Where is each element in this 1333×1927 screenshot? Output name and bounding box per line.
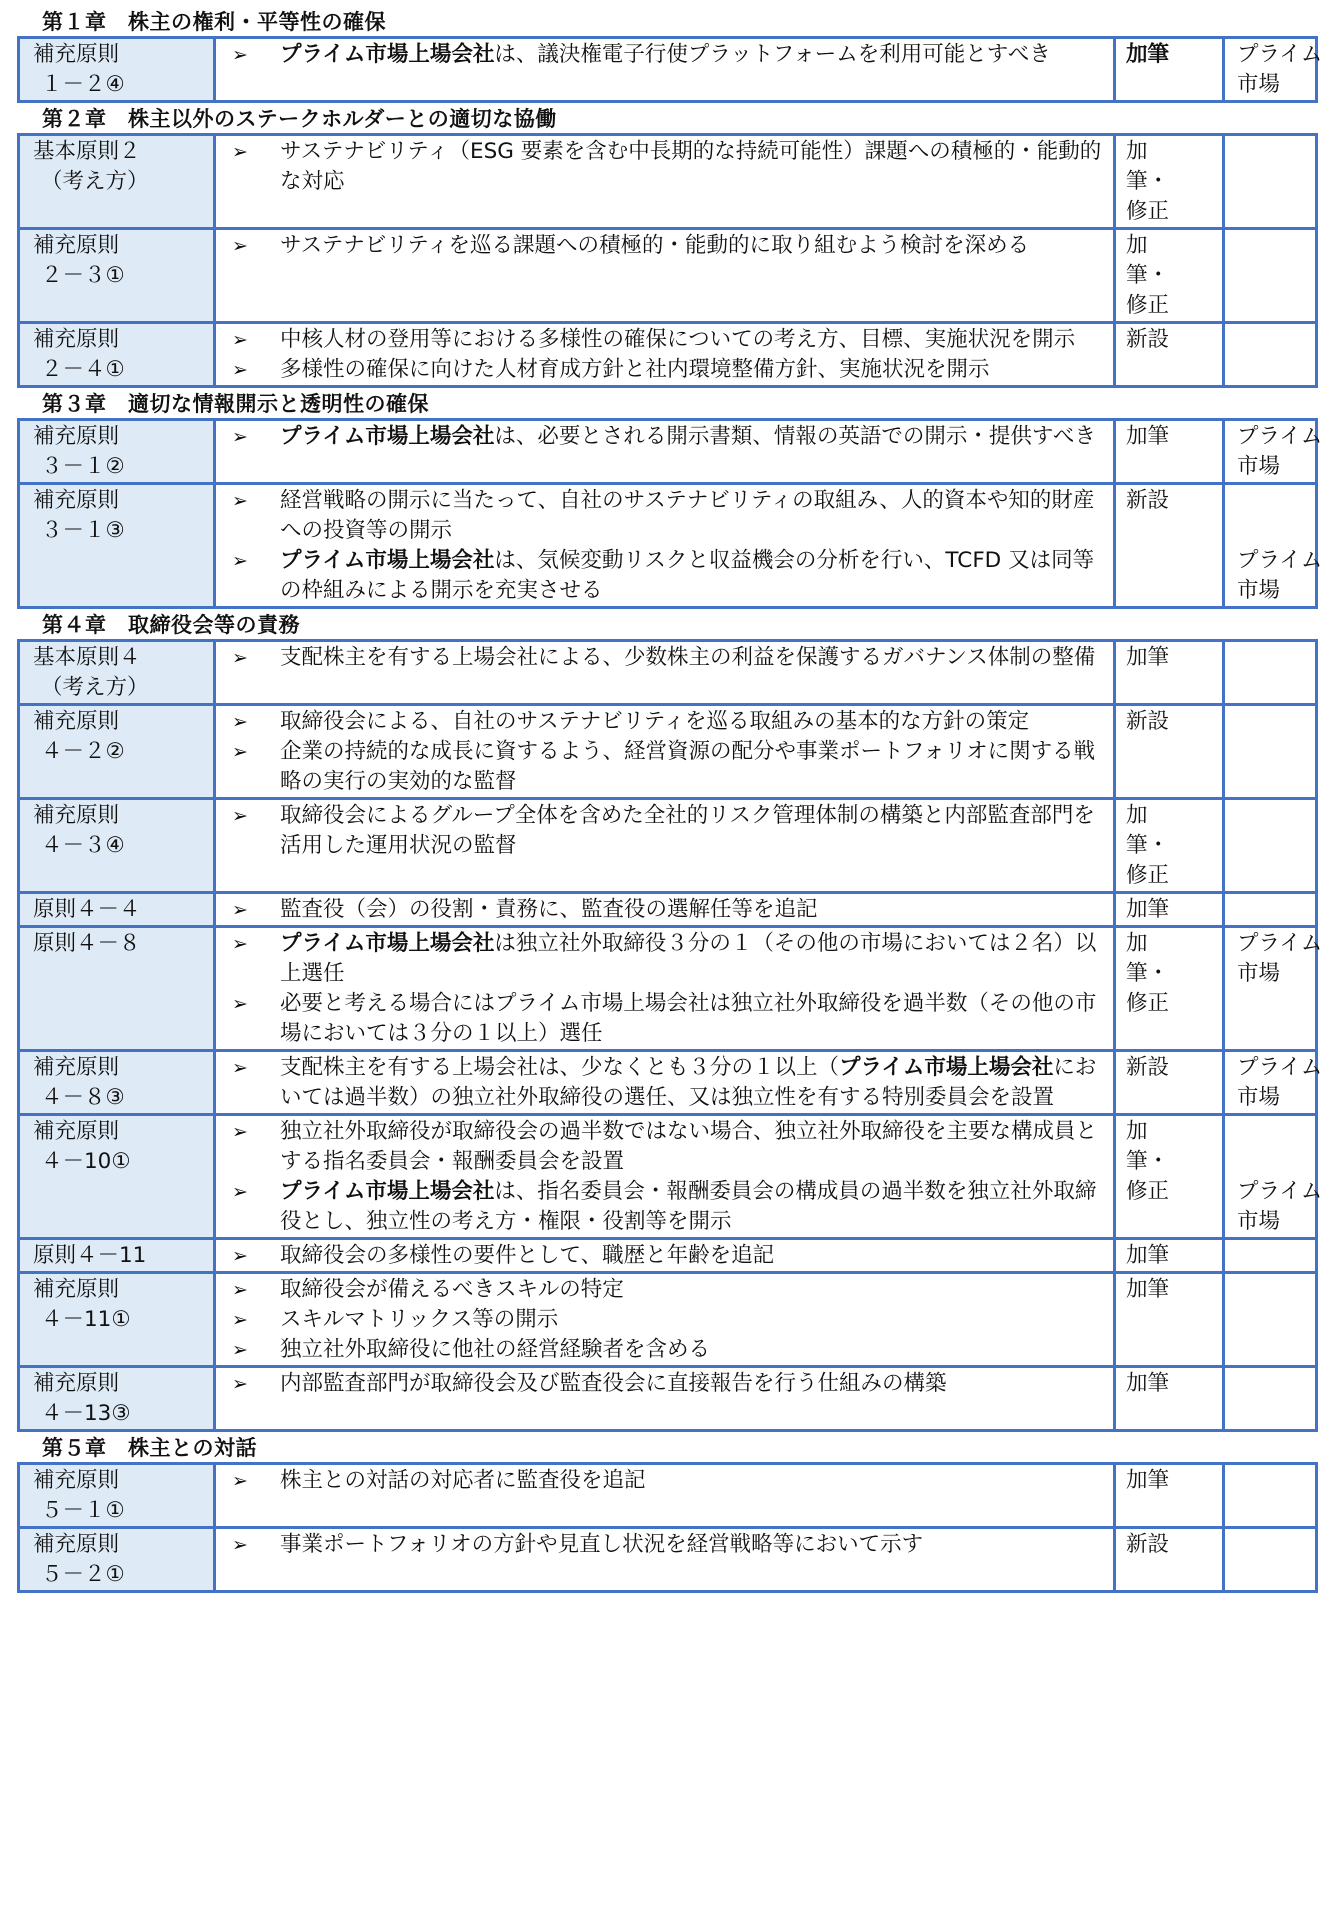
table-row: 補充原則 ２－３① ➢ サステナビリティを巡る課題への積極的・能動的に取り組むよ…: [19, 229, 1317, 323]
bullet-text: は、議決権電子行使プラットフォームを利用可能とすべき: [494, 42, 1050, 67]
table-row: 補充原則 ３－１③ ➢ 経営戦略の開示に当たって、自社のサステナビリティの取組み…: [19, 484, 1317, 608]
table-row: 補充原則 ４－13③ ➢ 内部監査部門が取締役会及び監査役会に直接報告を行う仕組…: [19, 1367, 1317, 1431]
change-type: 新設: [1115, 323, 1224, 387]
label-line-1: 補充原則: [33, 231, 213, 261]
label-line-2: ５－２①: [33, 1560, 213, 1590]
market-text: プライム市場: [1237, 422, 1327, 482]
market-scope: [1224, 893, 1317, 927]
bold-text: プライム市場上場会社: [839, 1055, 1053, 1080]
change-type-text: 加筆・修正: [1126, 137, 1186, 227]
bold-text: プライム市場上場会社: [280, 1179, 494, 1204]
bullet-text: 事業ポートフォリオの方針や見直し状況を経営戦略等において示す: [280, 1530, 1107, 1560]
change-description: ➢ 株主との対話の対応者に監査役を追記: [215, 1464, 1115, 1528]
label-line-2: ５－１①: [33, 1496, 213, 1526]
label-line-1: 補充原則: [33, 422, 213, 452]
market-scope: [1224, 135, 1317, 229]
label-line-1: 原則４－11: [33, 1241, 213, 1271]
label-line-2: ２－３①: [33, 261, 213, 291]
principle-label: 基本原則２ （考え方）: [19, 135, 215, 229]
bullet-item: ➢ 事業ポートフォリオの方針や見直し状況を経営戦略等において示す: [224, 1530, 1107, 1560]
change-type: 加筆: [1115, 1273, 1224, 1367]
change-description: ➢ サステナビリティ（ESG 要素を含む中長期的な持続可能性）課題への積極的・能…: [215, 135, 1115, 229]
market-scope: プライム市場: [1224, 484, 1317, 608]
market-text: プライム市場: [1237, 1177, 1327, 1237]
market-text: プライム市場: [1237, 546, 1327, 606]
change-type: 加筆・修正: [1115, 229, 1224, 323]
change-type: 新設: [1115, 484, 1224, 608]
table-row: 基本原則４ （考え方） ➢ 支配株主を有する上場会社による、少数株主の利益を保護…: [19, 641, 1317, 705]
change-type-text: 加筆・修正: [1126, 231, 1186, 321]
label-line-2: ４－３④: [33, 831, 213, 861]
label-line-2: ４－10①: [33, 1147, 213, 1177]
arrow-bullet-icon: ➢: [224, 643, 280, 673]
market-scope: [1224, 1464, 1317, 1528]
principle-label: 原則４－11: [19, 1239, 215, 1273]
arrow-bullet-icon: ➢: [224, 1335, 280, 1365]
bullet-text: 株主との対話の対応者に監査役を追記: [280, 1466, 1107, 1496]
table-row: 原則４－11 ➢ 取締役会の多様性の要件として、職歴と年齢を追記 加筆: [19, 1239, 1317, 1273]
market-scope: プライム市場: [1224, 1051, 1317, 1115]
label-line-1: 補充原則: [33, 1117, 213, 1147]
principle-label: 原則４－４: [19, 893, 215, 927]
change-description: ➢ 中核人材の登用等における多様性の確保についての考え方、目標、実施状況を開示 …: [215, 323, 1115, 387]
bullet-item: ➢ 支配株主を有する上場会社による、少数株主の利益を保護するガバナンス体制の整備: [224, 643, 1107, 673]
principle-label: 補充原則 ２－４①: [19, 323, 215, 387]
arrow-bullet-icon: ➢: [224, 137, 280, 167]
change-description: ➢ 経営戦略の開示に当たって、自社のサステナビリティの取組み、人的資本や知的財産…: [215, 484, 1115, 608]
table-row: 補充原則 ４－８③ ➢ 支配株主を有する上場会社は、少なくとも３分の１以上（プラ…: [19, 1051, 1317, 1115]
arrow-bullet-icon: ➢: [224, 1530, 280, 1560]
chapter-5-title: 第５章 株主との対話: [17, 1434, 1318, 1462]
arrow-bullet-icon: ➢: [224, 929, 280, 959]
change-description: ➢ 取締役会が備えるべきスキルの特定 ➢ スキルマトリックス等の開示 ➢ 独立社…: [215, 1273, 1115, 1367]
market-scope: [1224, 1239, 1317, 1273]
market-scope: [1224, 323, 1317, 387]
label-line-1: 原則４－４: [33, 895, 213, 925]
bullet-text: 必要と考える場合にはプライム市場上場会社は独立社外取締役を過半数（その他の市場に…: [280, 989, 1107, 1049]
change-type: 加筆: [1115, 893, 1224, 927]
market-scope: [1224, 705, 1317, 799]
market-scope: プライム市場: [1224, 420, 1317, 484]
table-row: 補充原則 ４－10① ➢ 独立社外取締役が取締役会の過半数ではない場合、独立社外…: [19, 1115, 1317, 1239]
table-row: 補充原則 ４－２② ➢ 取締役会による、自社のサステナビリティを巡る取組みの基本…: [19, 705, 1317, 799]
arrow-bullet-icon: ➢: [224, 422, 280, 452]
change-type: 加筆: [1115, 1367, 1224, 1431]
label-line-2: （考え方）: [33, 673, 213, 703]
bullet-text: 取締役会によるグループ全体を含めた全社的リスク管理体制の構築と内部監査部門を活用…: [280, 801, 1107, 861]
arrow-bullet-icon: ➢: [224, 707, 280, 737]
change-description: ➢ 監査役（会）の役割・責務に、監査役の選解任等を追記: [215, 893, 1115, 927]
bullet-text: 支配株主を有する上場会社は、少なくとも３分の１以上（: [280, 1055, 839, 1080]
change-type-text: 加筆・修正: [1126, 1117, 1186, 1207]
label-line-1: 補充原則: [33, 707, 213, 737]
principle-label: 補充原則 ２－３①: [19, 229, 215, 323]
market-scope: プライム市場: [1224, 927, 1317, 1051]
bullet-item: ➢ 取締役会が備えるべきスキルの特定: [224, 1275, 1107, 1305]
principle-label: 補充原則 ４－８③: [19, 1051, 215, 1115]
arrow-bullet-icon: ➢: [224, 1466, 280, 1496]
change-type: 加筆: [1115, 641, 1224, 705]
chapter-5-table: 補充原則 ５－１① ➢ 株主との対話の対応者に監査役を追記 加筆 補充原則 ５－…: [17, 1462, 1318, 1593]
change-type: 新設: [1115, 1528, 1224, 1592]
change-type: 加筆: [1115, 1464, 1224, 1528]
change-description: ➢ 内部監査部門が取締役会及び監査役会に直接報告を行う仕組みの構築: [215, 1367, 1115, 1431]
chapter-4-table: 基本原則４ （考え方） ➢ 支配株主を有する上場会社による、少数株主の利益を保護…: [17, 639, 1318, 1432]
bullet-item: ➢ 必要と考える場合にはプライム市場上場会社は独立社外取締役を過半数（その他の市…: [224, 989, 1107, 1049]
arrow-bullet-icon: ➢: [224, 1117, 280, 1147]
bullet-text: 取締役会の多様性の要件として、職歴と年齢を追記: [280, 1241, 1107, 1271]
bullet-item: ➢ 取締役会の多様性の要件として、職歴と年齢を追記: [224, 1241, 1107, 1271]
label-line-1: 補充原則: [33, 325, 213, 355]
change-description: ➢ プライム市場上場会社は、必要とされる開示書類、情報の英語での開示・提供すべき: [215, 420, 1115, 484]
principle-label: 補充原則 ４－13③: [19, 1367, 215, 1431]
arrow-bullet-icon: ➢: [224, 1241, 280, 1271]
bullet-item: ➢ 多様性の確保に向けた人材育成方針と社内環境整備方針、実施状況を開示: [224, 355, 1107, 385]
market-scope: プライム市場: [1224, 1115, 1317, 1239]
bullet-text: 企業の持続的な成長に資するよう、経営資源の配分や事業ポートフォリオに関する戦略の…: [280, 737, 1107, 797]
table-row: 補充原則 ５－１① ➢ 株主との対話の対応者に監査役を追記 加筆: [19, 1464, 1317, 1528]
bullet-item: ➢ サステナビリティ（ESG 要素を含む中長期的な持続可能性）課題への積極的・能…: [224, 137, 1107, 197]
bullet-item: ➢ プライム市場上場会社は、気候変動リスクと収益機会の分析を行い、TCFD 又は…: [224, 546, 1107, 606]
label-line-1: 基本原則２: [33, 137, 213, 167]
bullet-item: ➢ サステナビリティを巡る課題への積極的・能動的に取り組むよう検討を深める: [224, 231, 1107, 261]
table-row: 補充原則 ４－11① ➢ 取締役会が備えるべきスキルの特定 ➢ スキルマトリック…: [19, 1273, 1317, 1367]
arrow-bullet-icon: ➢: [224, 737, 280, 767]
table-row: 補充原則 ５－２① ➢ 事業ポートフォリオの方針や見直し状況を経営戦略等において…: [19, 1528, 1317, 1592]
table-row: 補充原則 ３－１② ➢ プライム市場上場会社は、必要とされる開示書類、情報の英語…: [19, 420, 1317, 484]
label-line-1: 補充原則: [33, 1053, 213, 1083]
market-scope: [1224, 799, 1317, 893]
table-row: 補充原則 １－２④ ➢ プライム市場上場会社は、議決権電子行使プラットフォームを…: [19, 38, 1317, 102]
label-line-1: 補充原則: [33, 801, 213, 831]
change-type: 加筆・修正: [1115, 927, 1224, 1051]
change-type-text: 加筆・修正: [1126, 801, 1186, 891]
principle-label: 補充原則 ５－１①: [19, 1464, 215, 1528]
change-description: ➢ 独立社外取締役が取締役会の過半数ではない場合、独立社外取締役を主要な構成員と…: [215, 1115, 1115, 1239]
table-row: 基本原則２ （考え方） ➢ サステナビリティ（ESG 要素を含む中長期的な持続可…: [19, 135, 1317, 229]
label-line-2: ４－11①: [33, 1305, 213, 1335]
arrow-bullet-icon: ➢: [224, 1305, 280, 1335]
bullet-text: 独立社外取締役に他社の経営経験者を含める: [280, 1335, 1107, 1365]
change-description: ➢ 支配株主を有する上場会社による、少数株主の利益を保護するガバナンス体制の整備: [215, 641, 1115, 705]
chapter-4-title: 第４章 取締役会等の責務: [17, 611, 1318, 639]
bullet-text: 支配株主を有する上場会社による、少数株主の利益を保護するガバナンス体制の整備: [280, 643, 1107, 673]
chapter-2-title: 第２章 株主以外のステークホルダーとの適切な協働: [17, 105, 1318, 133]
market-scope: [1224, 1528, 1317, 1592]
change-type-text: 加筆・修正: [1126, 929, 1186, 1019]
arrow-bullet-icon: ➢: [224, 231, 280, 261]
market-text: プライム市場: [1237, 40, 1327, 100]
principle-label: 基本原則４ （考え方）: [19, 641, 215, 705]
label-line-1: 補充原則: [33, 40, 213, 70]
change-type: 加筆: [1115, 1239, 1224, 1273]
market-scope: [1224, 641, 1317, 705]
change-type: 新設: [1115, 705, 1224, 799]
bullet-text: 独立社外取締役が取締役会の過半数ではない場合、独立社外取締役を主要な構成員とする…: [280, 1117, 1107, 1177]
bullet-item: ➢ 独立社外取締役が取締役会の過半数ではない場合、独立社外取締役を主要な構成員と…: [224, 1117, 1107, 1177]
change-type: 加筆・修正: [1115, 1115, 1224, 1239]
label-line-1: 補充原則: [33, 486, 213, 516]
principle-label: 補充原則 ３－１③: [19, 484, 215, 608]
arrow-bullet-icon: ➢: [224, 801, 280, 831]
bold-text: プライム市場上場会社: [280, 424, 494, 449]
table-row: 原則４－４ ➢ 監査役（会）の役割・責務に、監査役の選解任等を追記 加筆: [19, 893, 1317, 927]
principle-label: 補充原則 ４－３④: [19, 799, 215, 893]
label-line-2: ３－１②: [33, 452, 213, 482]
label-line-2: ４－２②: [33, 737, 213, 767]
bullet-item: ➢ 取締役会による、自社のサステナビリティを巡る取組みの基本的な方針の策定: [224, 707, 1107, 737]
bullet-text: 取締役会が備えるべきスキルの特定: [280, 1275, 1107, 1305]
arrow-bullet-icon: ➢: [224, 1053, 280, 1083]
arrow-bullet-icon: ➢: [224, 325, 280, 355]
bullet-text: 取締役会による、自社のサステナビリティを巡る取組みの基本的な方針の策定: [280, 707, 1107, 737]
bullet-item: ➢ プライム市場上場会社は、議決権電子行使プラットフォームを利用可能とすべき: [224, 40, 1107, 70]
bullet-item: ➢ 株主との対話の対応者に監査役を追記: [224, 1466, 1107, 1496]
arrow-bullet-icon: ➢: [224, 486, 280, 516]
label-line-2: ２－４①: [33, 355, 213, 385]
table-row: 補充原則 ２－４① ➢ 中核人材の登用等における多様性の確保についての考え方、目…: [19, 323, 1317, 387]
bullet-item: ➢ 経営戦略の開示に当たって、自社のサステナビリティの取組み、人的資本や知的財産…: [224, 486, 1107, 546]
label-line-2: ４－８③: [33, 1083, 213, 1113]
bullet-text: は、必要とされる開示書類、情報の英語での開示・提供すべき: [494, 424, 1096, 449]
principle-label: 補充原則 １－２④: [19, 38, 215, 102]
chapter-1-table: 補充原則 １－２④ ➢ プライム市場上場会社は、議決権電子行使プラットフォームを…: [17, 36, 1318, 103]
principle-label: 補充原則 ４－11①: [19, 1273, 215, 1367]
bullet-text: サステナビリティ（ESG 要素を含む中長期的な持続可能性）課題への積極的・能動的…: [280, 137, 1107, 197]
principle-label: 補充原則 ３－１②: [19, 420, 215, 484]
market-text: プライム市場: [1237, 1053, 1327, 1113]
change-type: 加筆・修正: [1115, 135, 1224, 229]
chapter-2-table: 基本原則２ （考え方） ➢ サステナビリティ（ESG 要素を含む中長期的な持続可…: [17, 133, 1318, 388]
bullet-item: ➢ 内部監査部門が取締役会及び監査役会に直接報告を行う仕組みの構築: [224, 1369, 1107, 1399]
principle-label: 補充原則 ４－10①: [19, 1115, 215, 1239]
table-row: 原則４－８ ➢ プライム市場上場会社は独立社外取締役３分の１（その他の市場におい…: [19, 927, 1317, 1051]
change-description: ➢ 取締役会による、自社のサステナビリティを巡る取組みの基本的な方針の策定 ➢ …: [215, 705, 1115, 799]
market-scope: [1224, 1273, 1317, 1367]
bullet-text: 経営戦略の開示に当たって、自社のサステナビリティの取組み、人的資本や知的財産への…: [280, 486, 1107, 546]
arrow-bullet-icon: ➢: [224, 989, 280, 1019]
market-scope: プライム市場: [1224, 38, 1317, 102]
label-line-1: 補充原則: [33, 1530, 213, 1560]
label-line-2: ３－１③: [33, 516, 213, 546]
bullet-text: サステナビリティを巡る課題への積極的・能動的に取り組むよう検討を深める: [280, 231, 1107, 261]
arrow-bullet-icon: ➢: [224, 40, 280, 70]
bullet-text: 中核人材の登用等における多様性の確保についての考え方、目標、実施状況を開示: [280, 325, 1107, 355]
label-line-2: １－２④: [33, 70, 213, 100]
bullet-item: ➢ スキルマトリックス等の開示: [224, 1305, 1107, 1335]
bullet-item: ➢ 中核人材の登用等における多様性の確保についての考え方、目標、実施状況を開示: [224, 325, 1107, 355]
chapter-3-table: 補充原則 ３－１② ➢ プライム市場上場会社は、必要とされる開示書類、情報の英語…: [17, 418, 1318, 609]
change-description: ➢ 事業ポートフォリオの方針や見直し状況を経営戦略等において示す: [215, 1528, 1115, 1592]
change-description: ➢ 取締役会の多様性の要件として、職歴と年齢を追記: [215, 1239, 1115, 1273]
bullet-text: 監査役（会）の役割・責務に、監査役の選解任等を追記: [280, 895, 1107, 925]
bullet-item: ➢ 支配株主を有する上場会社は、少なくとも３分の１以上（プライム市場上場会社にお…: [224, 1053, 1107, 1113]
table-row: 補充原則 ４－３④ ➢ 取締役会によるグループ全体を含めた全社的リスク管理体制の…: [19, 799, 1317, 893]
chapter-3-title: 第３章 適切な情報開示と透明性の確保: [17, 390, 1318, 418]
arrow-bullet-icon: ➢: [224, 1369, 280, 1399]
label-line-1: 基本原則４: [33, 643, 213, 673]
arrow-bullet-icon: ➢: [224, 895, 280, 925]
change-description: ➢ プライム市場上場会社は独立社外取締役３分の１（その他の市場においては２名）以…: [215, 927, 1115, 1051]
bullet-item: ➢ 企業の持続的な成長に資するよう、経営資源の配分や事業ポートフォリオに関する戦…: [224, 737, 1107, 797]
change-description: ➢ プライム市場上場会社は、議決権電子行使プラットフォームを利用可能とすべき: [215, 38, 1115, 102]
document: 第１章 株主の権利・平等性の確保 補充原則 １－２④ ➢ プライム市場上場会社は…: [17, 8, 1318, 1593]
arrow-bullet-icon: ➢: [224, 546, 280, 576]
change-type: 加筆・修正: [1115, 799, 1224, 893]
change-description: ➢ サステナビリティを巡る課題への積極的・能動的に取り組むよう検討を深める: [215, 229, 1115, 323]
bullet-item: ➢ 独立社外取締役に他社の経営経験者を含める: [224, 1335, 1107, 1365]
change-type: 新設: [1115, 1051, 1224, 1115]
change-type: 加筆: [1115, 38, 1224, 102]
label-line-1: 補充原則: [33, 1369, 213, 1399]
label-line-1: 補充原則: [33, 1275, 213, 1305]
bold-text: プライム市場上場会社: [280, 42, 494, 67]
label-line-2: ４－13③: [33, 1399, 213, 1429]
principle-label: 原則４－８: [19, 927, 215, 1051]
label-line-1: 原則４－８: [33, 929, 213, 959]
bullet-text: 内部監査部門が取締役会及び監査役会に直接報告を行う仕組みの構築: [280, 1369, 1107, 1399]
bullet-text: 多様性の確保に向けた人材育成方針と社内環境整備方針、実施状況を開示: [280, 355, 1107, 385]
chapter-1-title: 第１章 株主の権利・平等性の確保: [17, 8, 1318, 36]
market-text: プライム市場: [1237, 929, 1327, 989]
change-description: ➢ 支配株主を有する上場会社は、少なくとも３分の１以上（プライム市場上場会社にお…: [215, 1051, 1115, 1115]
arrow-bullet-icon: ➢: [224, 355, 280, 385]
bullet-item: ➢ プライム市場上場会社は、必要とされる開示書類、情報の英語での開示・提供すべき: [224, 422, 1107, 452]
bullet-item: ➢ プライム市場上場会社は、指名委員会・報酬委員会の構成員の過半数を独立社外取締…: [224, 1177, 1107, 1237]
bullet-item: ➢ プライム市場上場会社は独立社外取締役３分の１（その他の市場においては２名）以…: [224, 929, 1107, 989]
change-type: 加筆: [1115, 420, 1224, 484]
market-scope: [1224, 229, 1317, 323]
arrow-bullet-icon: ➢: [224, 1177, 280, 1207]
bullet-item: ➢ 監査役（会）の役割・責務に、監査役の選解任等を追記: [224, 895, 1107, 925]
change-description: ➢ 取締役会によるグループ全体を含めた全社的リスク管理体制の構築と内部監査部門を…: [215, 799, 1115, 893]
principle-label: 補充原則 ４－２②: [19, 705, 215, 799]
bullet-item: ➢ 取締役会によるグループ全体を含めた全社的リスク管理体制の構築と内部監査部門を…: [224, 801, 1107, 861]
bullet-text: スキルマトリックス等の開示: [280, 1305, 1107, 1335]
arrow-bullet-icon: ➢: [224, 1275, 280, 1305]
label-line-1: 補充原則: [33, 1466, 213, 1496]
principle-label: 補充原則 ５－２①: [19, 1528, 215, 1592]
bold-text: プライム市場上場会社: [280, 931, 494, 956]
bold-text: プライム市場上場会社: [280, 548, 494, 573]
market-scope: [1224, 1367, 1317, 1431]
label-line-2: （考え方）: [33, 167, 213, 197]
